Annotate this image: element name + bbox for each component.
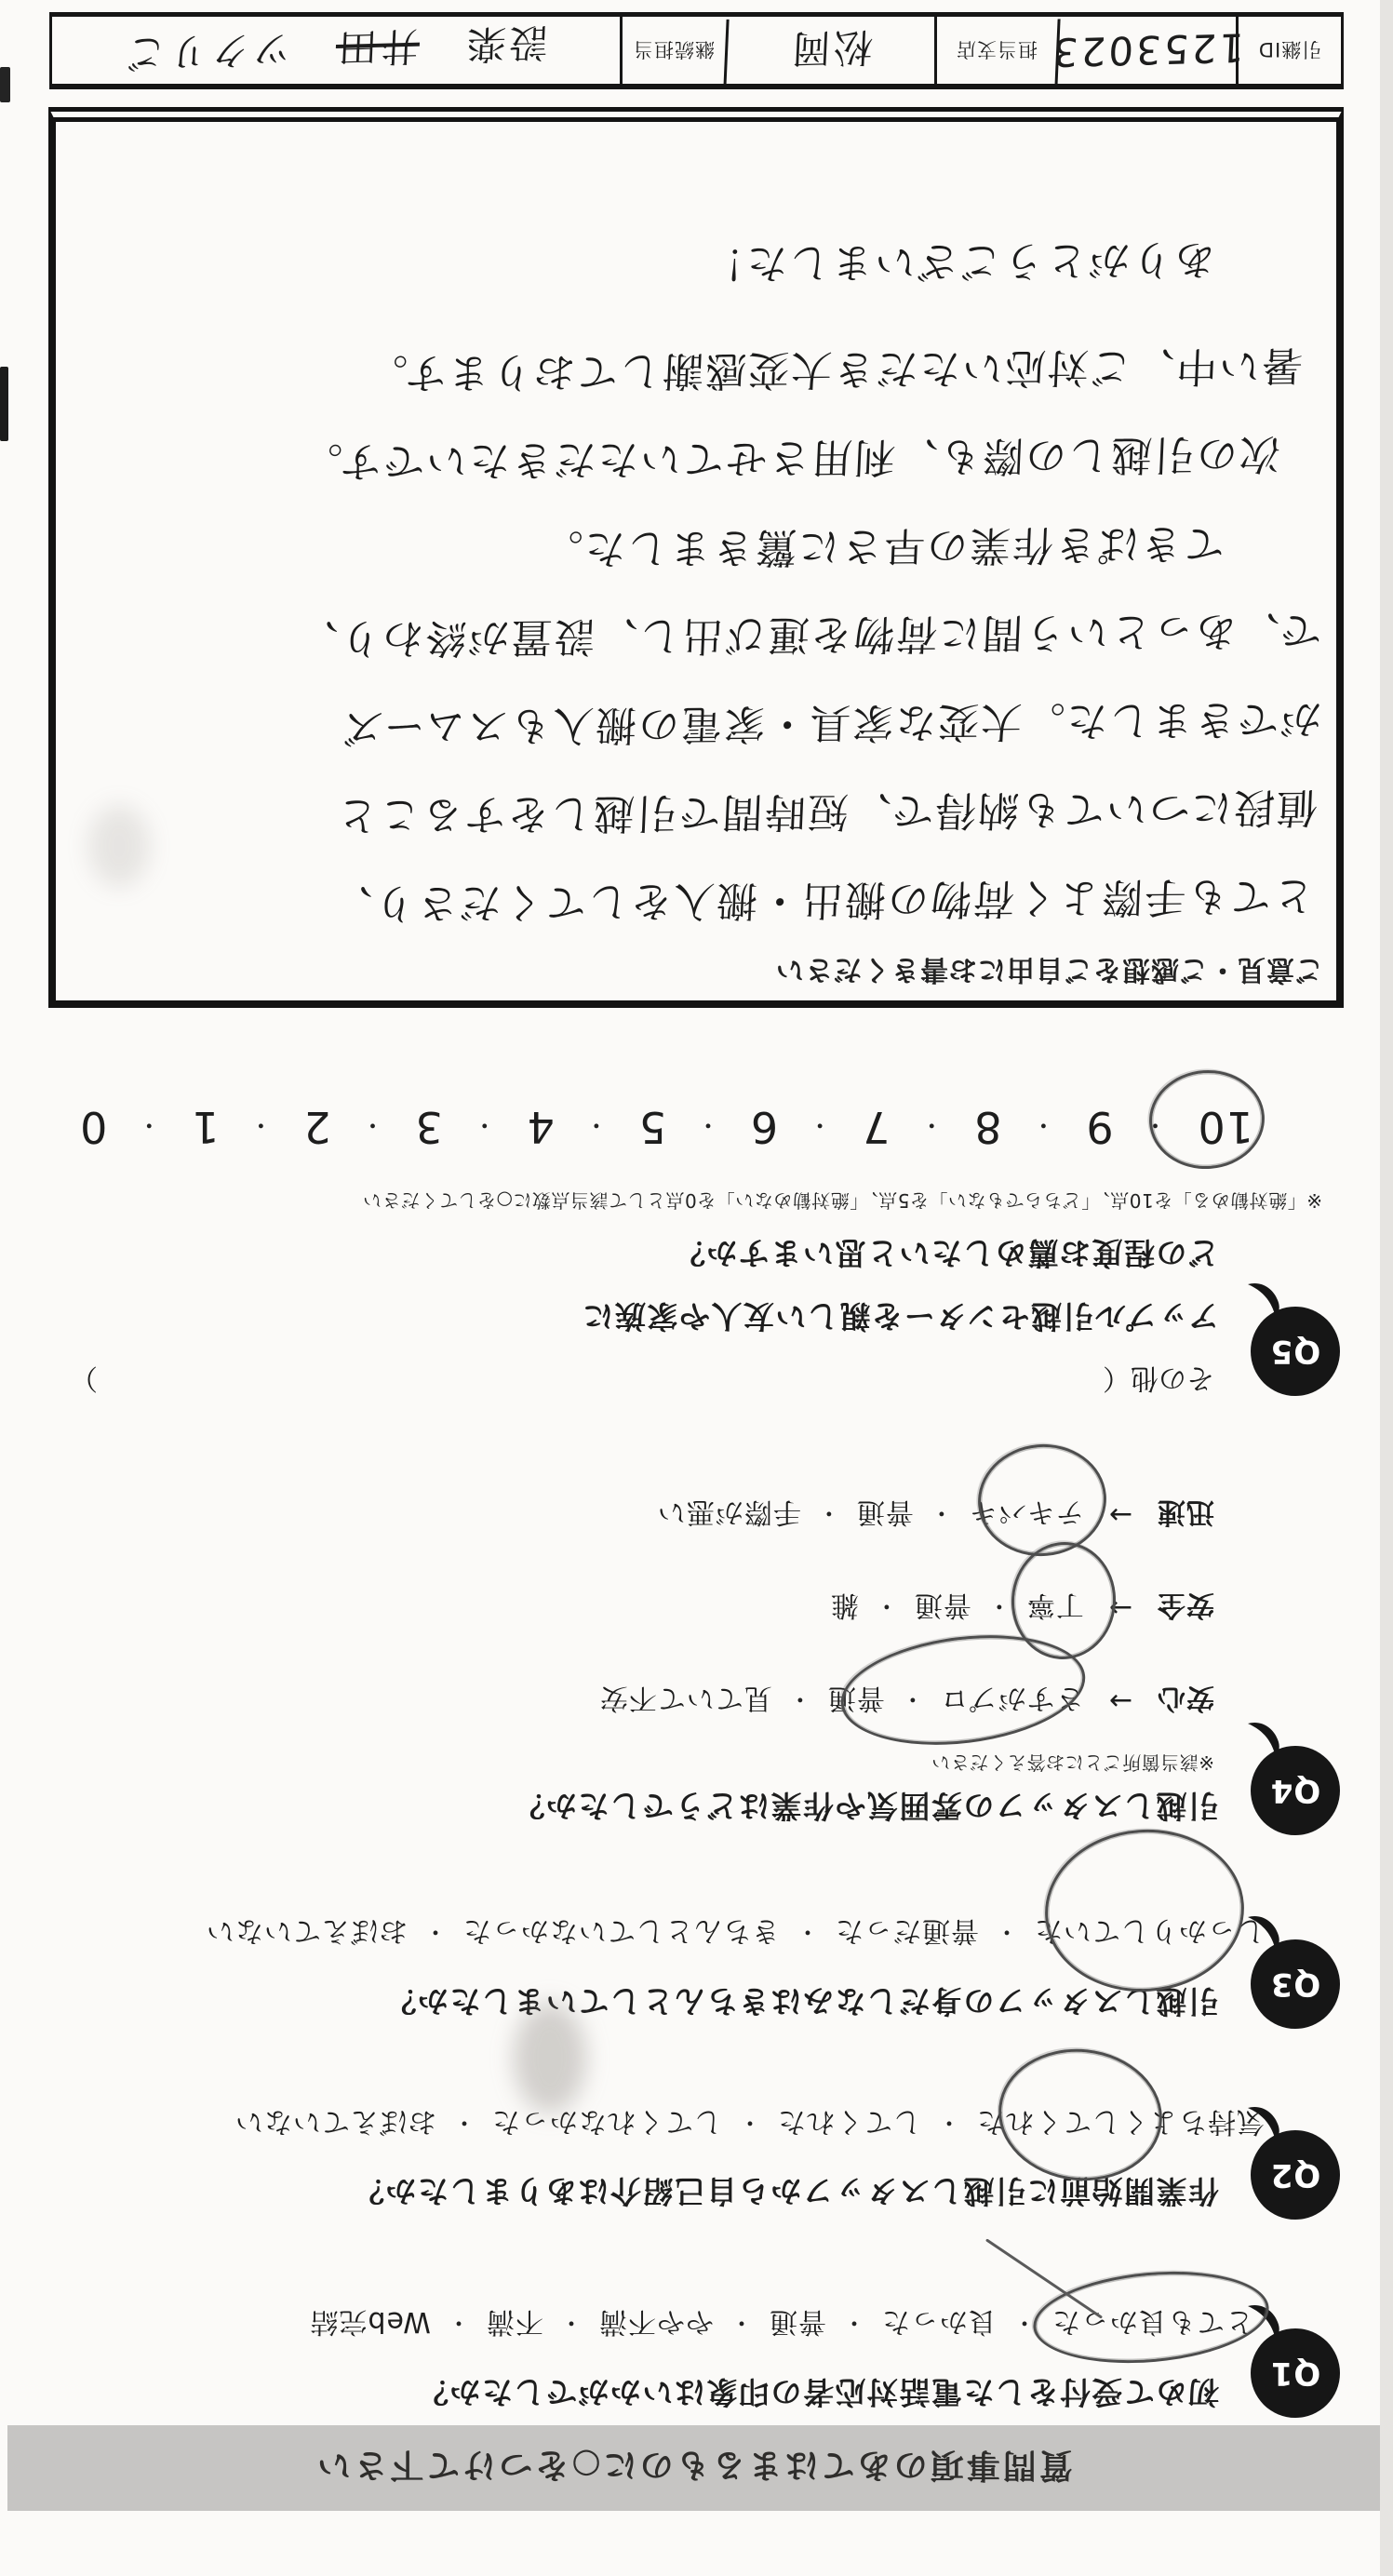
q1-badge: Q1	[1251, 2328, 1340, 2418]
continuing-rep-label-text: 継続担当	[633, 36, 715, 64]
q4-note: ※該当箇所ごとにお答えください	[931, 1751, 1214, 1778]
handwriting-line: 値段についても納得で、短時間で引越しをすること	[333, 781, 1319, 849]
scale-7: 7	[862, 1102, 890, 1152]
q4-row3-label: 迅速	[1157, 1495, 1214, 1536]
rep-handwritten-name: ツクリご	[123, 23, 292, 84]
q5-badge: Q5	[1251, 1307, 1340, 1396]
q4-badge-sprout-icon	[1242, 1714, 1281, 1759]
q4-other-open: その他（	[1103, 1361, 1214, 1402]
continuing-rep-label: 継続担当	[620, 17, 725, 84]
dot-separator: ・	[816, 1498, 841, 1533]
dot-separator: ・	[422, 1917, 448, 1952]
q3-option-4: おぼえていない	[206, 1913, 408, 1954]
dot-separator: ・	[994, 1917, 1019, 1952]
dot-separator: ・	[446, 2308, 471, 2342]
q2-badge-label: Q2	[1270, 2156, 1321, 2194]
q5-badge-sprout-icon	[1242, 1275, 1281, 1320]
dot-separator: ・	[1031, 1110, 1055, 1145]
branch-label: 担当支店	[934, 17, 1056, 84]
hand-drawn-circle-q5-score10	[1145, 1067, 1267, 1173]
q2-option-4: おぼえていない	[234, 2104, 436, 2145]
handwriting-line: ができました。大変な家具・家電の搬入もスムーズ	[340, 692, 1322, 760]
q4-row-jinsoku: 迅速 → テキパキ・ 普通・ 手際が悪い	[657, 1495, 1214, 1536]
handwriting-line: 暑い中、ご対応いただき大変感謝しております。	[363, 340, 1304, 408]
hand-drawn-circle-q1	[1029, 2262, 1272, 2372]
q4-row1-label: 安心	[1157, 1681, 1214, 1722]
scale-9: 9	[1085, 1102, 1113, 1152]
q1-option-2: 良かった	[881, 2304, 997, 2345]
q4-other-close: ）	[70, 1361, 98, 1402]
scale-1: 1	[191, 1102, 219, 1152]
dot-separator: ・	[137, 1110, 161, 1145]
handover-id-value: 1253023	[1054, 14, 1237, 86]
continuing-rep-value: 設楽 井田 ツクリご	[51, 9, 622, 91]
q4-row2-option-2: 普通	[914, 1588, 971, 1629]
rep-handwritten-name: 設楽	[462, 17, 549, 74]
handwriting-line: 次の引越しの際も、利用させていただきたいです。	[298, 427, 1281, 495]
q2-option-3: してくれなかった	[491, 2104, 722, 2145]
q4-badge: Q4	[1251, 1746, 1340, 1835]
survey-title-bar: 質問事項のあてはまるものに○をつけて下さい	[7, 2425, 1380, 2511]
dot-separator: ・	[248, 1110, 273, 1145]
dot-separator: ・	[737, 2108, 762, 2142]
scale-5: 5	[638, 1102, 666, 1152]
dot-separator: ・	[787, 1684, 812, 1719]
handover-id-label: 引継ID	[1236, 17, 1341, 84]
dot-separator: ・	[361, 1110, 385, 1145]
q5-badge-label: Q5	[1270, 1333, 1321, 1370]
dot-separator: ・	[451, 2108, 476, 2142]
q3-badge-label: Q3	[1270, 1966, 1321, 2003]
q4-row1-option-3: 見ていて不安	[599, 1681, 772, 1722]
dot-separator: ・	[936, 2108, 961, 2142]
scan-edge-shadow	[1380, 0, 1393, 2576]
arrow-icon: →	[1108, 1499, 1132, 1532]
q4-other-row: その他（ ）	[70, 1361, 1214, 1402]
hand-drawn-circle-q2	[992, 2041, 1169, 2189]
rep-handwritten-name-crossed-out: 井田	[334, 20, 421, 78]
q5-nps-scale: 10・ 9・ 8・ 7・ 6・ 5・ 4・ 3・ 2・ 1・ 0	[79, 1102, 1253, 1152]
comment-box: ご意見・ご感想をご自由にお書きください とても手際よく荷物の搬出・搬入をしてくだ…	[48, 107, 1344, 1008]
dot-separator: ・	[584, 1110, 609, 1145]
scale-3: 3	[414, 1102, 442, 1152]
q1-option-5: 不満	[486, 2304, 543, 2345]
handwriting-line: で、あっという間に荷物を運び出し、設置が終わり、	[294, 604, 1322, 673]
handover-id-label-text: 引継ID	[1258, 36, 1321, 64]
dot-separator: ・	[841, 2308, 866, 2342]
q5-note: ※「絶対勧める」を10点、「どちらでもない」を5点、「絶対勧めない」を0点として…	[363, 1188, 1322, 1215]
dot-separator: ・	[874, 1591, 899, 1626]
scan-edge-artifact	[0, 367, 8, 441]
dot-separator: ・	[929, 1498, 954, 1533]
q1-badge-label: Q1	[1270, 2355, 1321, 2392]
q3-title: 引越しスタッフの身だしなみはきちんとしていましたか？	[384, 1981, 1219, 2025]
q4-row2-label: 安全	[1157, 1588, 1214, 1629]
dot-separator: ・	[986, 1591, 1011, 1626]
q4-row2-option-3: 雑	[830, 1588, 859, 1629]
survey-document-rotated: 質問事項のあてはまるものに○をつけて下さい Q1 初めて受付をした電話対応者の印…	[0, 0, 1393, 2576]
scale-6: 6	[750, 1102, 778, 1152]
handwriting-line: てきぱき作業の早さに驚きました。	[539, 517, 1226, 583]
scale-4: 4	[527, 1102, 555, 1152]
scan-edge-artifact	[0, 67, 10, 102]
q1-option-4: やや不満	[598, 2304, 714, 2345]
branch-label-text: 担当支店	[956, 36, 1038, 64]
scale-8: 8	[973, 1102, 1001, 1152]
scan-smudge	[88, 805, 150, 887]
scanned-survey-page: 質問事項のあてはまるものに○をつけて下さい Q1 初めて受付をした電話対応者の印…	[0, 0, 1393, 2576]
q3-option-3: きちんとしていなかった	[462, 1913, 780, 1954]
arrow-icon: →	[1108, 1685, 1132, 1718]
dot-separator: ・	[919, 1110, 944, 1145]
hand-drawn-circle-q4-jinsoku	[973, 1439, 1111, 1562]
hand-drawn-circle-q3	[1039, 1823, 1250, 1999]
handwriting-line: ありがとうございました！	[701, 234, 1217, 298]
dot-separator: ・	[808, 1110, 832, 1145]
staff-info-table: 引継ID 1253023 担当支店 松岡 継続担当 設楽 井田 ツクリご	[49, 12, 1344, 89]
scale-0: 0	[79, 1102, 107, 1152]
q4-badge-label: Q4	[1270, 1772, 1321, 1809]
dot-separator: ・	[558, 2308, 583, 2342]
handover-id-number: 1253023	[1050, 25, 1245, 76]
q4-title: 引越しスタッフの雰囲気や作業はどうでしたか？	[513, 1786, 1219, 1830]
q5-title-line1: アップル引越センターを親しい友人や家族に	[582, 1296, 1219, 1340]
q5-title-line2: どの程度お薦めしたいと思いますか？	[674, 1233, 1220, 1277]
scan-smudge	[514, 2003, 586, 2113]
q1-option-3: 普通	[769, 2304, 826, 2345]
q3-option-2: 普通だった	[835, 1913, 979, 1954]
scale-2: 2	[302, 1102, 330, 1152]
dot-separator: ・	[729, 2308, 754, 2342]
dot-separator: ・	[473, 1110, 497, 1145]
dot-separator: ・	[795, 1917, 820, 1952]
comment-box-header: ご意見・ご感想をご自由にお書きください	[775, 952, 1323, 993]
branch-handwritten-name: 松岡	[788, 21, 875, 79]
q4-row3-option-3: 手際が悪い	[657, 1495, 801, 1536]
branch-value: 松岡	[723, 14, 935, 87]
handwriting-line: とても手際よく荷物の搬出・搬入をしてくださり、	[328, 869, 1316, 937]
q4-row3-option-2: 普通	[856, 1495, 914, 1536]
q1-option-6: Web完結	[310, 2304, 431, 2345]
q1-title: 初めて受付をした電話対応者の印象はいかがでしたか？	[417, 2372, 1220, 2416]
q2-option-2: してくれた	[777, 2104, 921, 2145]
dot-separator: ・	[696, 1110, 720, 1145]
survey-title-text: 質問事項のあてはまるものに○をつけて下さい	[315, 2445, 1072, 2492]
